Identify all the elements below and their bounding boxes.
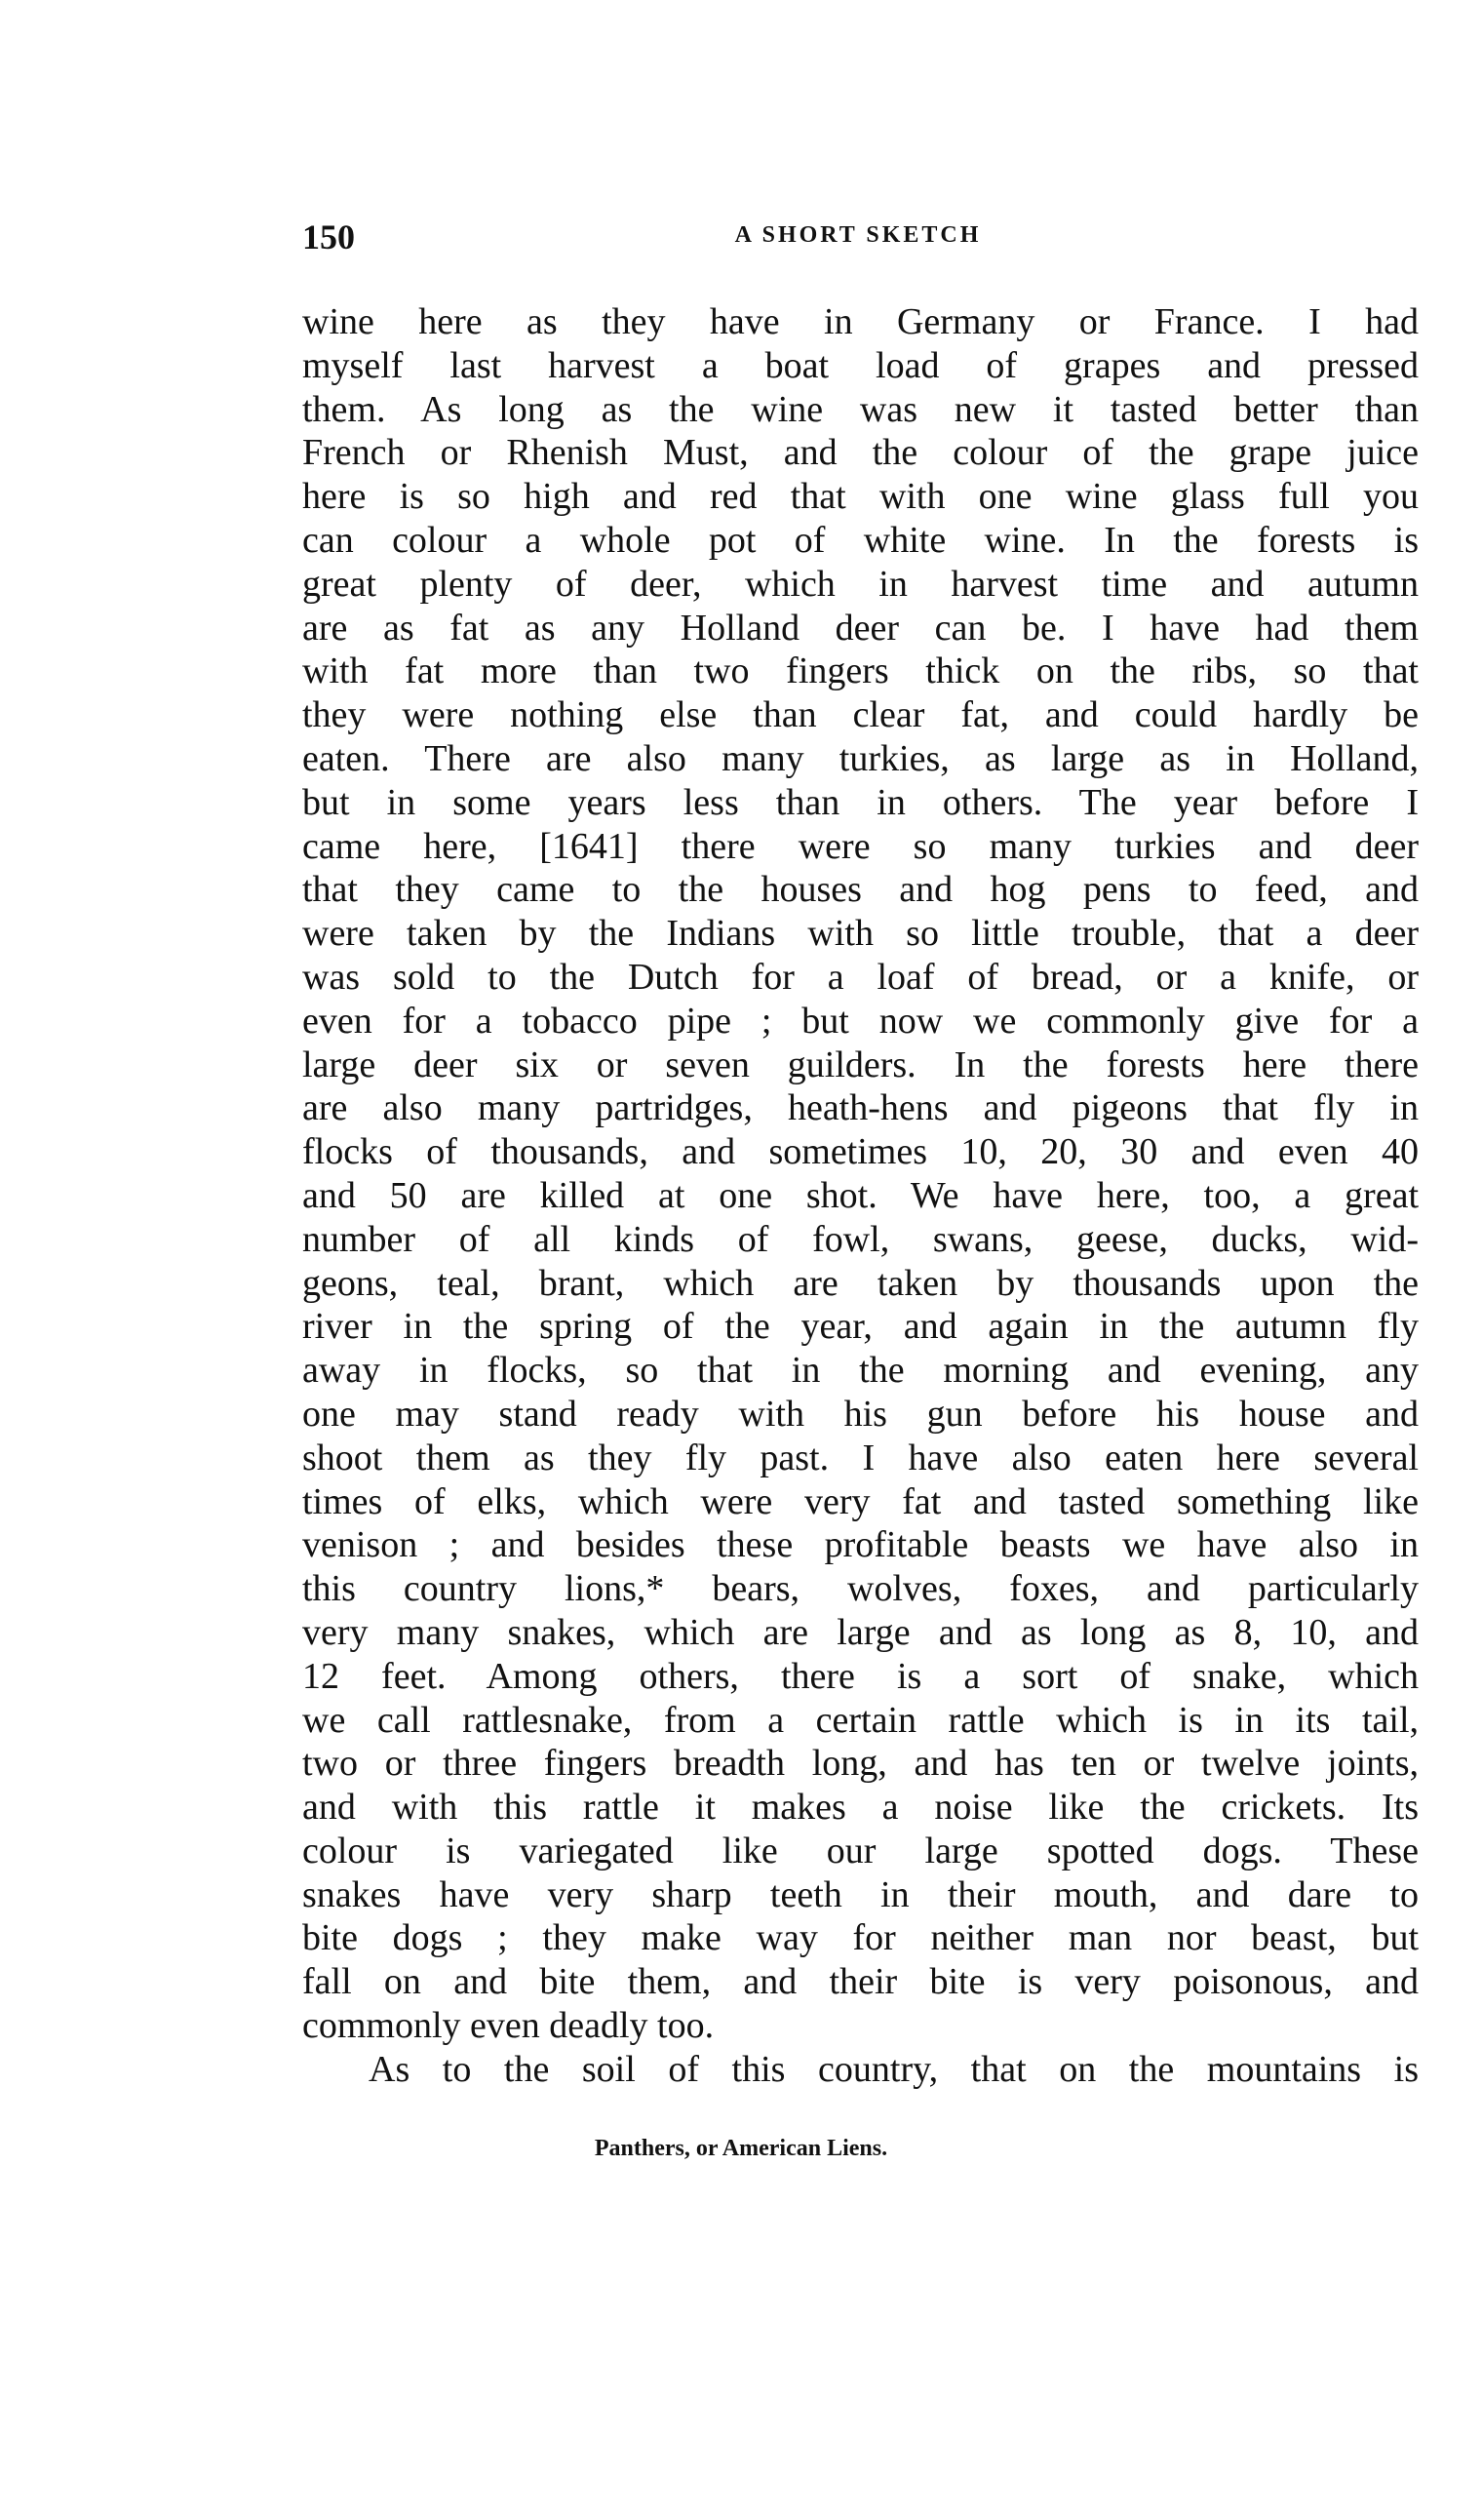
text-line: here is so high and red that with one wi…	[302, 475, 1419, 519]
text-line: colour is variegated like our large spot…	[302, 1830, 1419, 1873]
text-line: As to the soil of this country, that on …	[302, 2048, 1419, 2092]
text-line: that they came to the houses and hog pen…	[302, 868, 1419, 912]
text-line: are as fat as any Holland deer can be. I…	[302, 607, 1419, 650]
text-line: times of elks, which were very fat and t…	[302, 1480, 1419, 1524]
text-line: but in some years less than in others. T…	[302, 781, 1419, 825]
footnote: Panthers, or American Liens.	[0, 2136, 1482, 2162]
text-line: even for a tobacco pipe ; but now we com…	[302, 1000, 1419, 1043]
text-line: French or Rhenish Must, and the colour o…	[302, 431, 1419, 475]
text-line: commonly even deadly too.	[302, 2004, 1419, 2048]
body-text: wine here as they have in Germany or Fra…	[302, 300, 1419, 2092]
text-line: wine here as they have in Germany or Fra…	[302, 300, 1419, 344]
text-line: came here, [1641] there were so many tur…	[302, 825, 1419, 869]
text-line: bite dogs ; they make way for neither ma…	[302, 1916, 1419, 1960]
text-line: myself last harvest a boat load of grape…	[302, 344, 1419, 388]
book-page: 150 A SHORT SKETCH wine here as they hav…	[0, 0, 1482, 2520]
text-line: and 50 are killed at one shot. We have h…	[302, 1174, 1419, 1218]
text-line: 12 feet. Among others, there is a sort o…	[302, 1655, 1419, 1699]
text-line: great plenty of deer, which in harvest t…	[302, 563, 1419, 607]
page-header: 150 A SHORT SKETCH	[302, 217, 1414, 265]
text-line: was sold to the Dutch for a loaf of brea…	[302, 956, 1419, 1000]
text-line: geons, teal, brant, which are taken by t…	[302, 1262, 1419, 1306]
text-line: shoot them as they fly past. I have also…	[302, 1437, 1419, 1480]
text-line: eaten. There are also many turkies, as l…	[302, 737, 1419, 781]
text-line: are also many partridges, heath-hens and…	[302, 1086, 1419, 1130]
running-head: A SHORT SKETCH	[302, 222, 1414, 249]
text-line: with fat more than two fingers thick on …	[302, 650, 1419, 693]
text-line: can colour a whole pot of white wine. In…	[302, 519, 1419, 563]
text-line: river in the spring of the year, and aga…	[302, 1305, 1419, 1349]
text-line: venison ; and besides these profitable b…	[302, 1523, 1419, 1567]
text-line: this country lions,* bears, wolves, foxe…	[302, 1567, 1419, 1611]
text-line: very many snakes, which are large and as…	[302, 1611, 1419, 1655]
text-line: we call rattlesnake, from a certain ratt…	[302, 1699, 1419, 1743]
text-line: and with this rattle it makes a noise li…	[302, 1786, 1419, 1830]
text-line: snakes have very sharp teeth in their mo…	[302, 1873, 1419, 1917]
text-line: large deer six or seven guilders. In the…	[302, 1043, 1419, 1087]
text-line: away in flocks, so that in the morning a…	[302, 1349, 1419, 1393]
text-line: flocks of thousands, and sometimes 10, 2…	[302, 1130, 1419, 1174]
text-line: two or three fingers breadth long, and h…	[302, 1742, 1419, 1786]
text-line: fall on and bite them, and their bite is…	[302, 1960, 1419, 2004]
text-line: one may stand ready with his gun before …	[302, 1393, 1419, 1437]
text-line: they were nothing else than clear fat, a…	[302, 693, 1419, 737]
text-line: number of all kinds of fowl, swans, gees…	[302, 1218, 1419, 1262]
text-line: them. As long as the wine was new it tas…	[302, 388, 1419, 432]
text-line: were taken by the Indians with so little…	[302, 912, 1419, 956]
